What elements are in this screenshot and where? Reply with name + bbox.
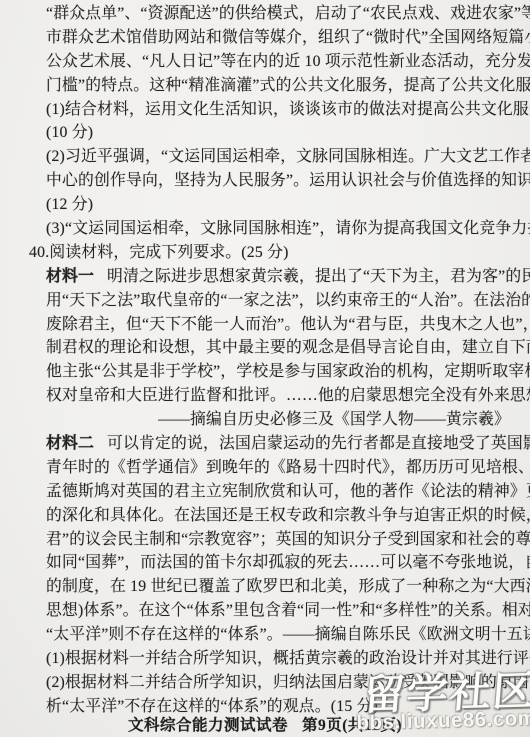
- doc-line-1: “群众点单”、“资源配送”的供给模式，启动了“农民点戏、戏进农家”等文化惠民行动…: [46, 2, 510, 26]
- footer-page-number: 第9页(共12页): [302, 717, 402, 734]
- doc-line-11: 40.阅读材料，完成下列要求。(25 分): [29, 241, 510, 265]
- doc-line-24: 如同“国葬”，而法国的笛卡尔却孤寂的死去……可以毫不夸张地说，自由的思想和民主: [46, 551, 510, 575]
- paper-background: “群众点单”、“资源配送”的供给模式，启动了“农民点戏、戏进农家”等文化惠民行动…: [0, 0, 530, 737]
- doc-line-26: 思想)体系”。在这个“体系”里包含着“同一性”和“多样性”的关系。相对于“大西洋…: [46, 599, 510, 623]
- doc-line-12: 材料一明清之际进步思想家黄宗羲，提出了“天下为主，君为客”的民主思想。他主张: [46, 265, 510, 289]
- doc-line-19: 材料二可以肯定的说，法国启蒙运动的先行者都是直接地受了英国影响的。伏尔泰从: [46, 432, 510, 456]
- doc-line-23: 君”的议会民主制和“宗教宽容”；英国的知识分子受到国家和社会的尊重，牛顿的葬礼: [46, 528, 510, 552]
- page-footer: 文科综合能力测试试卷第9页(共12页): [0, 713, 530, 735]
- doc-line-8: 中心的创作导向，坚持为人民服务”。运用认识社会与价值选择的知识论证其合理性。: [46, 169, 510, 193]
- line-text: “太平洋”则不存在这样的“体系”。: [46, 623, 283, 647]
- doc-line-22: 的深化和具体化。在法国还是王权专政和宗教斗争与迫害正炽的时候，英国已实行“虚: [46, 504, 510, 528]
- doc-line-27: “太平洋”则不存在这样的“体系”。——摘编自陈乐民《欧洲文明十五讲》: [46, 623, 510, 647]
- doc-line-17: 权对皇帝和大臣进行监督和批评。……他的启蒙思想完全没有外来思想的影响。: [46, 384, 510, 408]
- doc-line-13: 用“天下之法”取代皇帝的“一家之法”，以约束帝王的“人治”。在法治的原则下，可以…: [46, 289, 510, 313]
- material-label: 材料二: [46, 435, 94, 452]
- material-label: 材料一: [46, 268, 94, 285]
- doc-line-4: 门槛”的特点。这种“精准滴灌”式的公共文化服务，提高了公共文化服务水平。: [46, 74, 510, 98]
- exam-text-column: “群众点单”、“资源配送”的供给模式，启动了“农民点戏、戏进农家”等文化惠民行动…: [46, 2, 510, 719]
- doc-line-20: 青年时的《哲学通信》到晚年的《路易十四时代》，都历历可见培根、洛克和牛顿的影响。: [46, 456, 510, 480]
- doc-line-16: 他主张“公其是非于学校”，学校是参与国家政治的机构，定期听取宰相的政务报告，并有: [46, 360, 510, 384]
- doc-line-9: (12 分): [46, 193, 510, 217]
- material-text: 可以肯定的说，法国启蒙运动的先行者都是直接地受了英国影响的。伏尔泰从: [107, 435, 530, 452]
- material-text: 明清之际进步思想家黄宗羲，提出了“天下为主，君为客”的民主思想。他主张: [107, 268, 530, 285]
- doc-line-29: (2)根据材料二并结合所学知识，归纳法国启蒙运动受英国影响的原因，并以史实简要分: [46, 671, 510, 695]
- doc-line-2: 市群众艺术馆借助网站和微信等媒介，组织了“微时代”全国网络短篇小说大赛、“圆梦”: [46, 26, 510, 50]
- doc-line-28: (1)根据材料一并结合所学知识，概括黄宗羲的政治设计并对其进行评价。(10 分): [46, 647, 510, 671]
- doc-line-18: ——摘编自历史必修三及《国学人物——黄宗羲》: [46, 408, 510, 432]
- doc-line-5: (1)结合材料，运用文化生活知识，谈谈该市的做法对提高公共文化服务水平的启示。: [46, 98, 510, 122]
- doc-line-21: 孟德斯鸠对英国的君主立宪制欣赏和认可，他的著作《论法的精神》更是洛克《政府论》: [46, 480, 510, 504]
- citation-text: ——摘编自陈乐民《欧洲文明十五讲》: [283, 623, 530, 647]
- doc-line-7: (2)习近平强调，“文运同国运相牵，文脉同国脉相连。广大文艺工作者要坚持以人民为: [46, 145, 510, 169]
- doc-line-15: 制君权的理论和设想，其中最主要的观念是倡导言论自由，建立自下而上的监督机构。: [46, 336, 510, 360]
- doc-line-10: (3)“文运同国运相牵，文脉同国脉相连”，请你为提高我国文化竞争力提两条建议。(…: [46, 217, 510, 241]
- doc-line-25: 的制度，在 19 世纪已覆盖了欧罗巴和北美，形成了一种称之为“大西洋的文化(或文…: [46, 575, 510, 599]
- scanned-exam-page: { "doc": { "lines": [ {"style":"body","t…: [0, 0, 530, 737]
- footer-doc-title: 文科综合能力测试试卷: [128, 717, 288, 734]
- doc-line-3: 公众艺术展、“凡人日记”等在内的近 10 项示范性新业态活动，充分发挥群众艺术馆…: [46, 50, 510, 74]
- doc-line-14: 废除君主，但“天下不能一人而治”。他认为“君与臣，共曳木之人也”，还提出了种种限: [46, 313, 510, 337]
- doc-line-6: (10 分): [46, 121, 510, 145]
